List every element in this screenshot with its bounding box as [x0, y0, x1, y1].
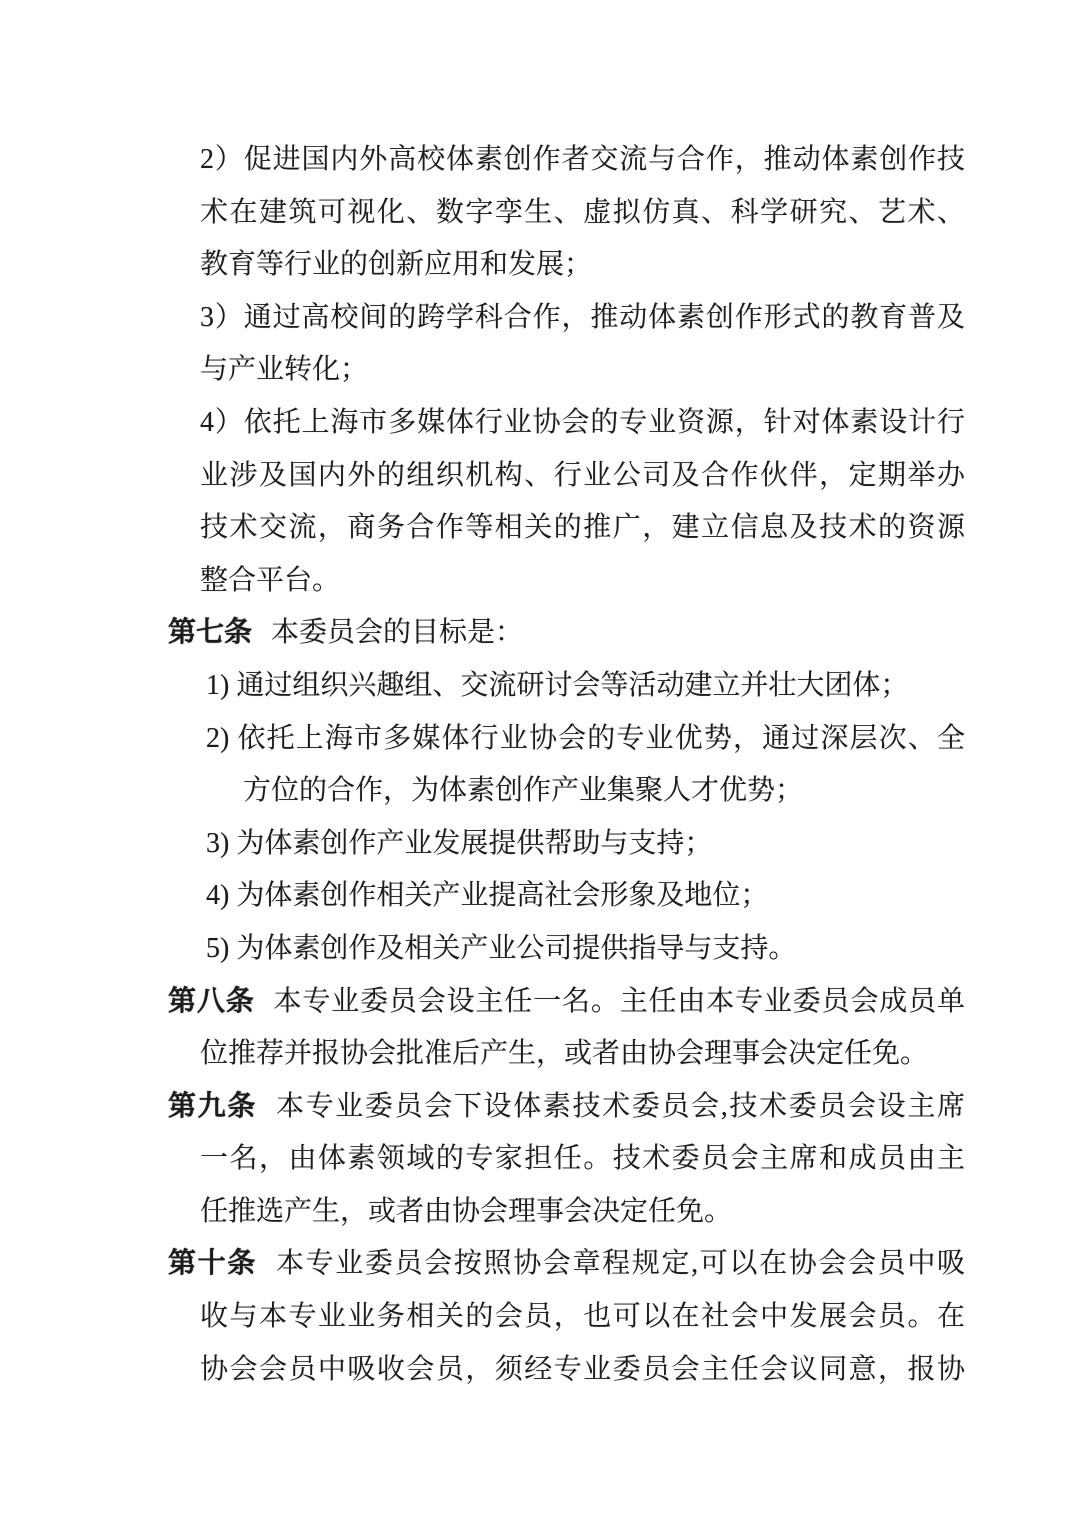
article-text: 本委员会的目标是： [271, 617, 523, 648]
article-line: 第七条本委员会的目标是： [168, 607, 965, 660]
text-line: 收与本专业业务相关的会员，也可以在社会中发展会员。在 [200, 1291, 965, 1344]
document-page: 2）促进国内外高校体素创作者交流与合作，推动体素创作技术在建筑可视化、数字孪生、… [0, 0, 1080, 1529]
article-text: 本专业委员会按照协会章程规定,可以在协会会员中吸 [276, 1248, 965, 1279]
document-content: 2）促进国内外高校体素创作者交流与合作，推动体素创作技术在建筑可视化、数字孪生、… [0, 134, 1080, 1396]
text-line: 4）依托上海市多媒体行业协会的专业资源，针对体素设计行 [200, 397, 965, 450]
text-line: 术在建筑可视化、数字孪生、虚拟仿真、科学研究、艺术、 [200, 187, 965, 240]
article-text: 本专业委员会设主任一名。主任由本专业委员会成员单 [274, 986, 965, 1017]
article-text: 本专业委员会下设体素技术委员会,技术委员会设主席 [276, 1091, 965, 1122]
article-number: 第十条 [168, 1248, 257, 1279]
text-line: 3）通过高校间的跨学科合作，推动体素创作形式的教育普及 [200, 292, 965, 345]
text-line: 位推荐并报协会批准后产生，或者由协会理事会决定任免。 [200, 1028, 965, 1081]
text-line: 教育等行业的创新应用和发展； [200, 239, 965, 292]
text-line: 方位的合作，为体素创作产业集聚人才优势； [243, 765, 965, 818]
article-number: 第七条 [168, 617, 252, 648]
text-line: 4) 为体素创作相关产业提高社会形象及地位； [206, 870, 965, 923]
text-line: 2) 依托上海市多媒体行业协会的专业优势，通过深层次、全 [206, 713, 965, 766]
text-line: 一名，由体素领域的专家担任。技术委员会主席和成员由主 [200, 1133, 965, 1186]
text-line: 5) 为体素创作及相关产业公司提供指导与支持。 [206, 923, 965, 976]
text-line: 3) 为体素创作产业发展提供帮助与支持； [206, 818, 965, 871]
text-line: 任推选产生，或者由协会理事会决定任免。 [200, 1186, 965, 1239]
article-line: 第九条本专业委员会下设体素技术委员会,技术委员会设主席 [168, 1081, 965, 1134]
text-line: 业涉及国内外的组织机构、行业公司及合作伙伴，定期举办 [200, 450, 965, 503]
article-line: 第十条本专业委员会按照协会章程规定,可以在协会会员中吸 [168, 1238, 965, 1291]
text-line: 技术交流，商务合作等相关的推广，建立信息及技术的资源 [200, 502, 965, 555]
text-line: 协会会员中吸收会员，须经专业委员会主任会议同意，报协 [200, 1344, 965, 1397]
article-number: 第九条 [168, 1091, 257, 1122]
article-number: 第八条 [168, 986, 255, 1017]
text-line: 1) 通过组织兴趣组、交流研讨会等活动建立并壮大团体； [206, 660, 965, 713]
text-line: 与产业转化； [200, 344, 965, 397]
text-line: 整合平台。 [200, 555, 965, 608]
text-line: 2）促进国内外高校体素创作者交流与合作，推动体素创作技 [200, 134, 965, 187]
article-line: 第八条本专业委员会设主任一名。主任由本专业委员会成员单 [168, 976, 965, 1029]
